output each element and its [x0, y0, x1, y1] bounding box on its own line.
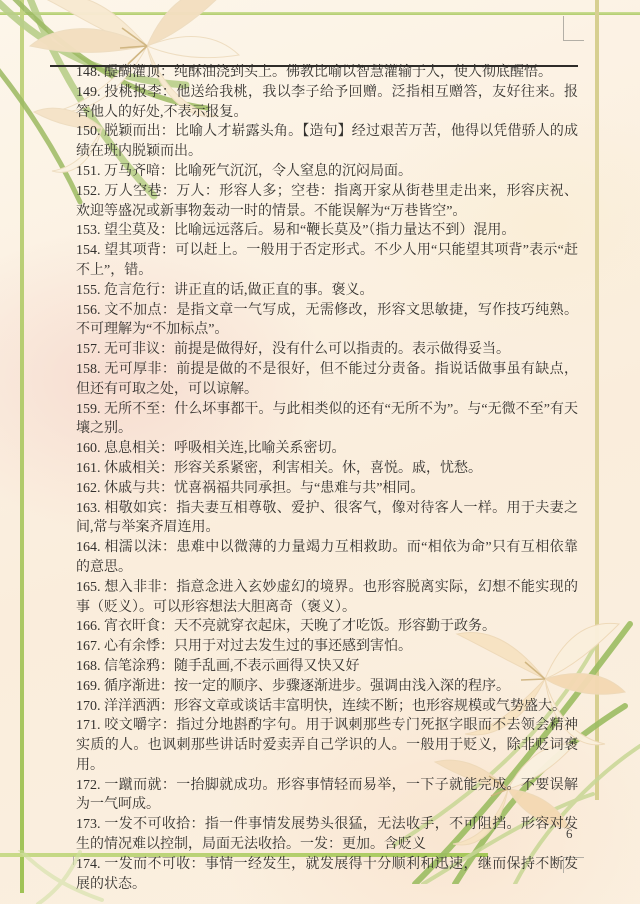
idiom-entry: 174. 一发而不可收：事情一经发生，就发展得十分顺利和迅速，继而保持不断发展的…	[76, 855, 578, 895]
entry-body: 前提是做得好，没有什么可以指责的。表示做得妥当。	[174, 342, 510, 357]
page-number: 6	[566, 826, 573, 842]
idiom-entry: 149. 投桃报李：他送给我桃，我以李子给予回赠。泛指相互赠答，友好往来。报答他…	[76, 83, 578, 123]
entry-label: 162. 休戚与共：	[76, 481, 174, 496]
idiom-entry: 155. 危言危行：讲正直的话,做正直的事。褒义。	[76, 281, 578, 301]
idiom-entry: 169. 循序渐进：按一定的顺序、步骤逐渐进步。强调由浅入深的程序。	[76, 677, 578, 697]
entry-body: 天不亮就穿衣起床，天晚了才吃饭。形容勤于政务。	[174, 619, 496, 634]
idiom-entry: 172. 一蹴而就：一抬脚就成功。形容事情轻而易举，一下子就能完成。不要误解为一…	[76, 776, 578, 816]
entry-label: 170. 洋洋洒洒：	[76, 699, 174, 714]
entry-label: 156. 文不加点：	[76, 303, 176, 318]
entry-body: 只用于对过去发生过的事还感到害怕。	[174, 639, 412, 654]
idiom-entry: 160. 息息相关：呼吸相关连,比喻关系密切。	[76, 439, 578, 459]
entry-label: 173. 一发不可收拾：	[76, 817, 205, 832]
idiom-entry: 161. 休戚相关：形容关系紧密，利害相关。休，喜悦。戚，忧愁。	[76, 459, 578, 479]
entry-label: 174. 一发而不可收：	[76, 857, 205, 872]
idiom-entry: 151. 万马齐喑：比喻死气沉沉，令人窒息的沉闷局面。	[76, 162, 578, 182]
entry-label: 164. 相濡以沫：	[76, 540, 176, 555]
entry-label: 151. 万马齐喑：	[76, 164, 174, 179]
idiom-entry: 164. 相濡以沫：患难中以微薄的力量竭力互相救助。而“相依为命”只有互相依靠的…	[76, 538, 578, 578]
idiom-entry: 159. 无所不至：什么坏事都干。与此相类似的还有“无所不为”。与“无微不至”有…	[76, 400, 578, 440]
entry-label: 161. 休戚相关：	[76, 461, 174, 476]
entry-body: 比喻死气沉沉，令人窒息的沉闷局面。	[174, 164, 412, 179]
entry-label: 165. 想入非非：	[76, 580, 176, 595]
idiom-entry: 166. 宵衣旰食：天不亮就穿衣起床，天晚了才吃饭。形容勤于政务。	[76, 617, 578, 637]
entry-label: 152. 万人空巷：	[76, 184, 176, 199]
entry-label: 159. 无所不至：	[76, 402, 174, 417]
corner-mark-top-right	[563, 16, 584, 41]
entry-label: 153. 望尘莫及：	[76, 223, 174, 238]
idiom-entry: 157. 无可非议：前提是做得好，没有什么可以指责的。表示做得妥当。	[76, 340, 578, 360]
entry-label: 172. 一蹴而就：	[76, 778, 176, 793]
entry-body: 形容关系紧密，利害相关。休，喜悦。戚，忧愁。	[174, 461, 482, 476]
entry-label: 166. 宵衣旰食：	[76, 619, 174, 634]
idiom-entry: 171. 咬文嚼字：指过分地斟酌字句。用于讽刺那些专门死抠字眼而不去领会精神实质…	[76, 716, 578, 775]
idiom-entry: 148. 醍醐灌顶：纯酥油浇到头上。佛教比喻以智慧灌输于人，使人彻底醒悟。	[76, 63, 578, 83]
entry-body: 呼吸相关连,比喻关系密切。	[174, 441, 346, 456]
idiom-entry: 167. 心有余悸：只用于对过去发生过的事还感到害怕。	[76, 637, 578, 657]
idiom-entry: 173. 一发不可收拾：指一件事情发展势头很猛，无法收手，不可阻挡。形容对发生的…	[76, 815, 578, 855]
entry-body: 比喻远远落后。易和“鞭长莫及”（指力量达不到）混用。	[174, 223, 515, 238]
idiom-entry: 150. 脱颖而出：比喻人才崭露头角。【造句】经过艰苦万苦，他得以凭借骄人的成绩…	[76, 122, 578, 162]
entry-label: 157. 无可非议：	[76, 342, 174, 357]
idiom-entry: 158. 无可厚非：前提是做的不是很好，但不能过分责备。指说话做事虽有缺点，但还…	[76, 360, 578, 400]
idiom-entry: 154. 望其项背：可以赶上。一般用于否定形式。不少人用“只能望其项背”表示“赶…	[76, 241, 578, 281]
entry-label: 150. 脱颖而出：	[76, 124, 175, 139]
entry-label: 168. 信笔涂鸦：	[76, 659, 174, 674]
idiom-entry: 152. 万人空巷：万人：形容人多；空巷：指离开家从街巷里走出来，形容庆祝、欢迎…	[76, 182, 578, 222]
entry-label: 163. 相敬如宾：	[76, 501, 176, 516]
entry-label: 169. 循序渐进：	[76, 679, 174, 694]
idiom-entry: 156. 文不加点：是指文章一气写成，无需修改，形容文思敏捷，写作技巧纯熟。不可…	[76, 301, 578, 341]
idiom-entry: 163. 相敬如宾：指夫妻互相尊敬、爱护、很客气，像对待客人一样。用于夫妻之间,…	[76, 499, 578, 539]
idiom-entry: 168. 信笔涂鸦：随手乱画,不表示画得又快又好	[76, 657, 578, 677]
entry-label: 158. 无可厚非：	[76, 362, 176, 377]
idiom-entry: 165. 想入非非：指意念进入玄妙虚幻的境界。也形容脱离实际，幻想不能实现的事（…	[76, 578, 578, 618]
entry-label: 155. 危言危行：	[76, 283, 174, 298]
idiom-entry: 170. 洋洋洒洒：形容文章或谈话丰富明快，连续不断；也形容规模或气势盛大。	[76, 697, 578, 717]
entry-body: 按一定的顺序、步骤逐渐进步。强调由浅入深的程序。	[174, 679, 510, 694]
document-page: { "page": { "number": "6" }, "decor": { …	[0, 0, 640, 904]
entry-body: 讲正直的话,做正直的事。褒义。	[174, 283, 374, 298]
frame-line-left	[20, 0, 24, 893]
idiom-entry: 162. 休戚与共：忧喜祸福共同承担。与“患难与共”相同。	[76, 479, 578, 499]
entry-label: 167. 心有余悸：	[76, 639, 174, 654]
frame-line-right	[595, 0, 599, 800]
idiom-entry: 153. 望尘莫及：比喻远远落后。易和“鞭长莫及”（指力量达不到）混用。	[76, 221, 578, 241]
frame-line-top	[0, 12, 640, 15]
entry-body: 纯酥油浇到头上。佛教比喻以智慧灌输于人，使人彻底醒悟。	[174, 65, 552, 80]
entry-label: 148. 醍醐灌顶：	[76, 65, 174, 80]
idiom-list: 148. 醍醐灌顶：纯酥油浇到头上。佛教比喻以智慧灌输于人，使人彻底醒悟。 14…	[76, 63, 578, 894]
entry-label: 149. 投桃报李：	[76, 85, 176, 100]
entry-label: 160. 息息相关：	[76, 441, 174, 456]
entry-body: 形容文章或谈话丰富明快，连续不断；也形容规模或气势盛大。	[174, 699, 566, 714]
entry-label: 171. 咬文嚼字：	[76, 718, 176, 733]
corner-mark-bottom-left	[73, 856, 74, 865]
entry-label: 154. 望其项背：	[76, 243, 175, 258]
entry-body: 随手乱画,不表示画得又快又好	[174, 659, 360, 674]
entry-body: 忧喜祸福共同承担。与“患难与共”相同。	[174, 481, 424, 496]
